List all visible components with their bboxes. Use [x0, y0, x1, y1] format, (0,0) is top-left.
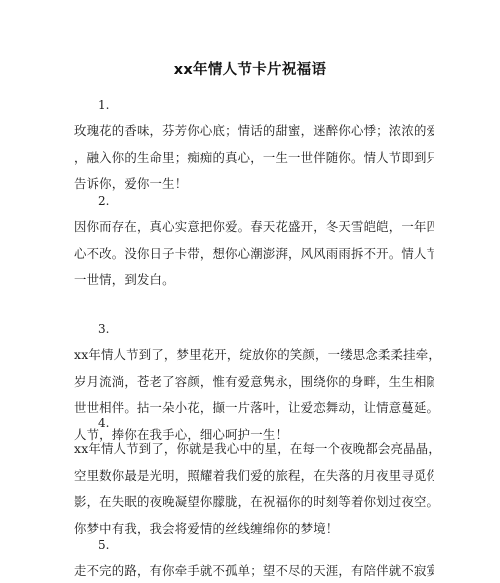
paragraph-line: 影，在失眠的夜晚凝望你朦胧，在祝福你的时刻等着你划过夜空。愿	[74, 489, 434, 516]
paragraph-line: xx年情人节到了，你就是我心中的星，在每一个夜晚都会亮晶晶，星	[74, 436, 434, 463]
section-number: 1.	[98, 96, 458, 114]
paragraph-line: 走不完的路，有你牵手就不孤单；望不尽的天涯，有陪伴就不寂寞；	[74, 558, 434, 583]
section-number: 2.	[98, 192, 458, 210]
paragraph-line: 因你而存在，真心实意把你爱。春天花盛开，冬天雪皑皑，一年四季	[74, 214, 434, 241]
paragraph-line: 玫瑰花的香味，芬芳你心底；情话的甜蜜，迷醉你心悸；浓浓的爱意	[74, 118, 434, 145]
paragraph-line: xx年情人节到了，梦里花开，绽放你的笑颜，一缕思念柔柔挂牵，任	[74, 342, 434, 369]
section-number: 3.	[98, 320, 458, 338]
paragraph-line: 心不改。没你日子卡带，想你心潮澎湃，风风雨雨拆不开。情人节，	[74, 241, 434, 268]
section-number: 5.	[98, 536, 458, 554]
section-number: 4.	[98, 414, 458, 432]
paragraph-line: ，融入你的生命里；痴痴的真心，一生一世伴随你。情人节即到只想	[74, 145, 434, 172]
document-title: xx年情人节卡片祝福语	[0, 58, 500, 79]
blessing-section-4: 4. xx年情人节到了，你就是我心中的星，在每一个夜晚都会亮晶晶，星 空里数你最…	[74, 414, 434, 542]
section-paragraph: 玫瑰花的香味，芬芳你心底；情话的甜蜜，迷醉你心悸；浓浓的爱意 ，融入你的生命里；…	[74, 118, 434, 198]
blessing-section-2: 2. 因你而存在，真心实意把你爱。春天花盛开，冬天雪皑皑，一年四季 心不改。没你…	[74, 192, 434, 294]
section-paragraph: 因你而存在，真心实意把你爱。春天花盛开，冬天雪皑皑，一年四季 心不改。没你日子卡…	[74, 214, 434, 294]
section-paragraph: xx年情人节到了，你就是我心中的星，在每一个夜晚都会亮晶晶，星 空里数你最是光明…	[74, 436, 434, 542]
paragraph-line: 岁月流淌，苍老了容颜，惟有爱意隽永，围绕你的身畔，生生相随，	[74, 369, 434, 396]
blessing-section-1: 1. 玫瑰花的香味，芬芳你心底；情话的甜蜜，迷醉你心悸；浓浓的爱意 ，融入你的生…	[74, 96, 434, 198]
paragraph-line: 空里数你最是光明，照耀着我们爱的旅程，在失落的月夜里寻觅你踪	[74, 463, 434, 490]
paragraph-line: 一世情，到发白。	[74, 267, 434, 294]
blessing-section-5: 5. 走不完的路，有你牵手就不孤单；望不尽的天涯，有陪伴就不寂寞；	[74, 536, 434, 583]
document-page: xx年情人节卡片祝福语 1. 玫瑰花的香味，芬芳你心底；情话的甜蜜，迷醉你心悸；…	[0, 0, 500, 583]
section-paragraph: 走不完的路，有你牵手就不孤单；望不尽的天涯，有陪伴就不寂寞；	[74, 558, 434, 583]
